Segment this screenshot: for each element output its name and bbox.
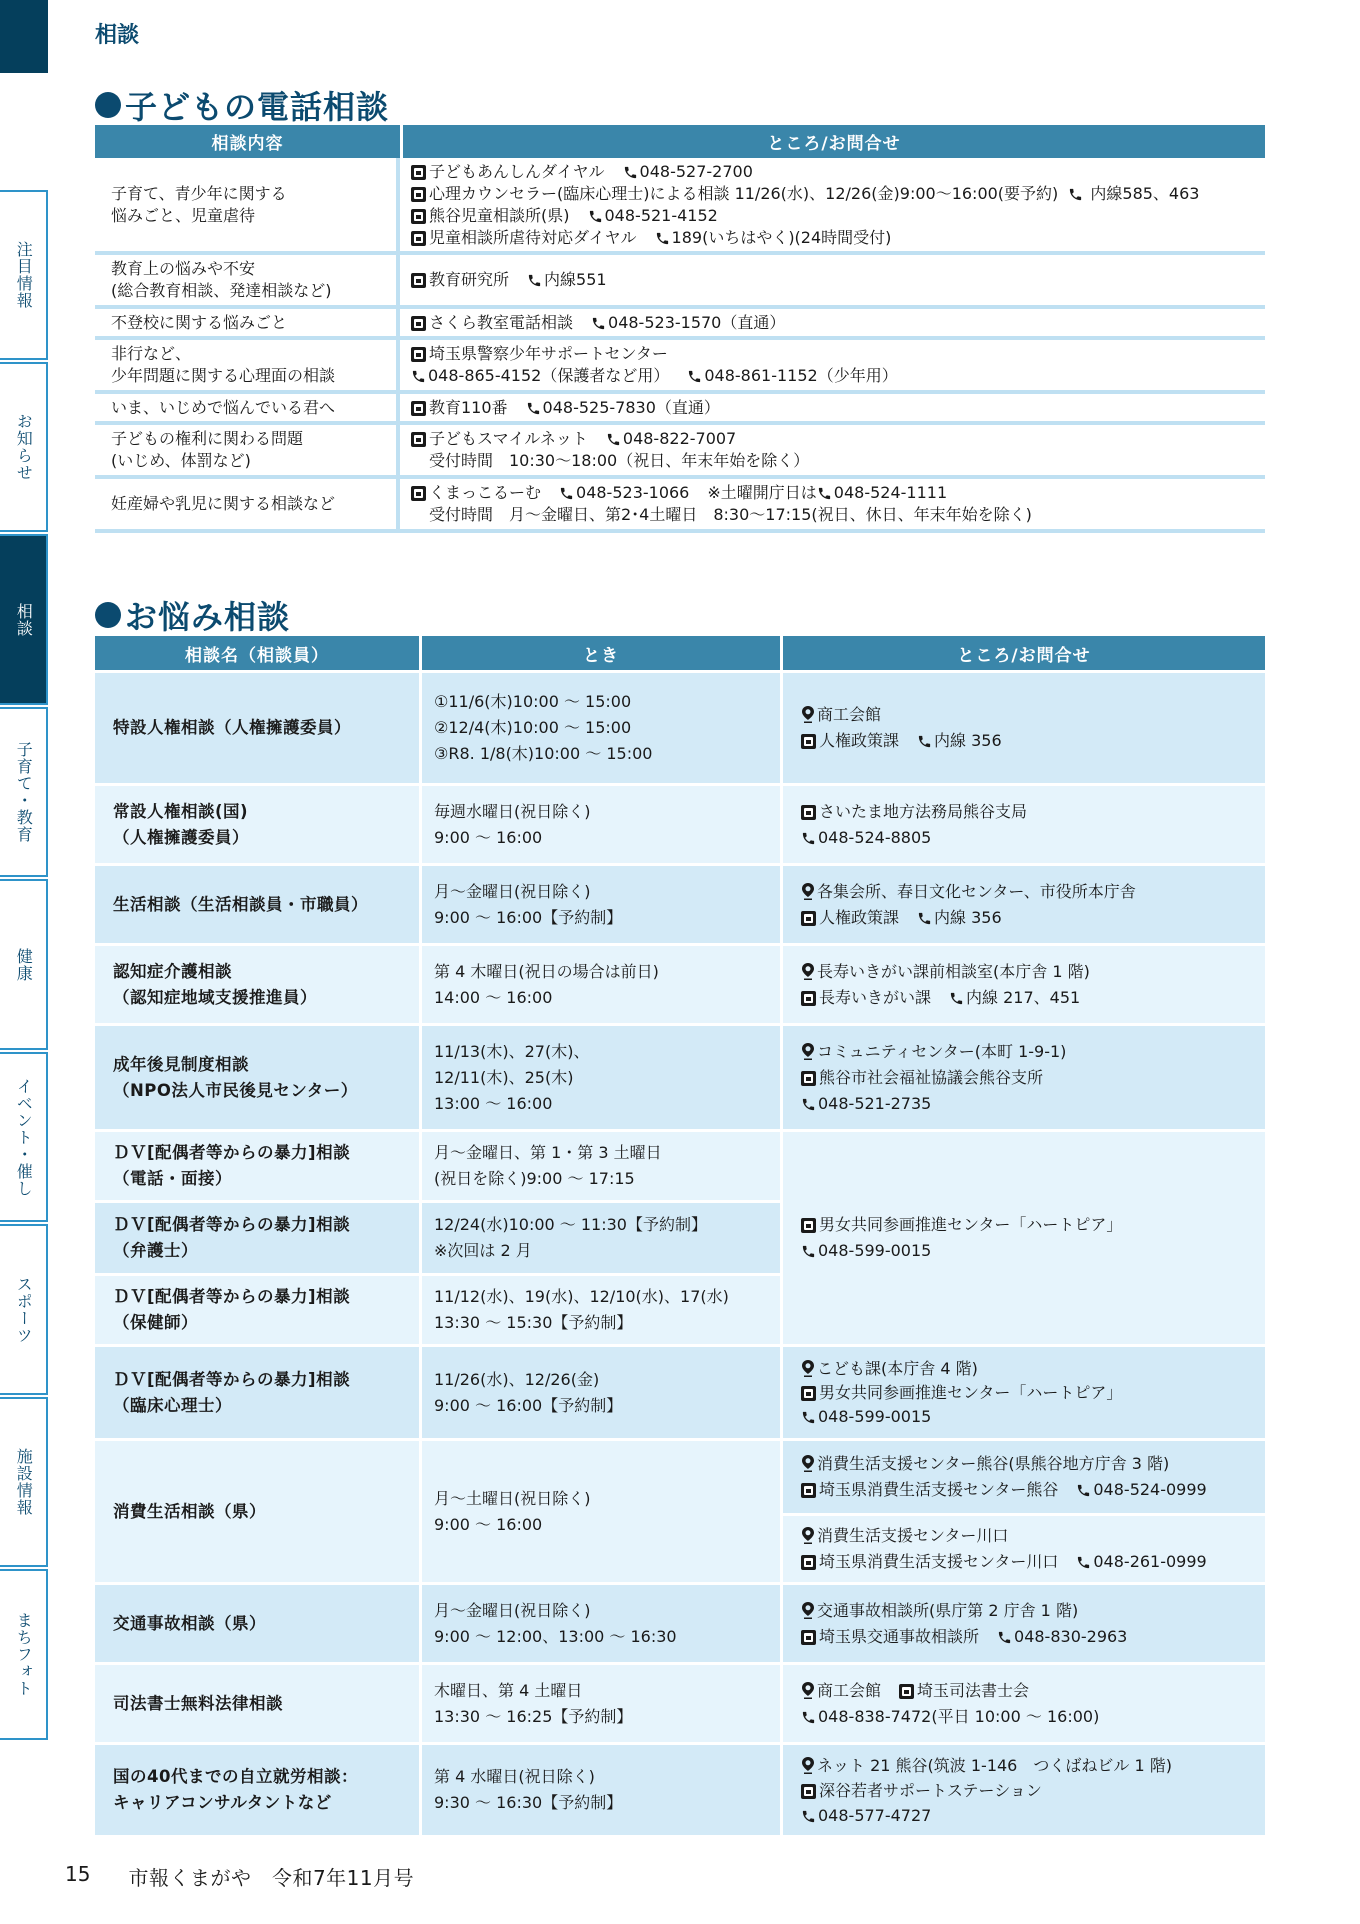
inquiry-icon [411, 209, 426, 224]
contact-info: さくら教室電話相談048-523-1570（直通） [399, 309, 1265, 336]
consultation-time: 11/13(木)、27(木)、12/11(木)、25(木)13:00 ～ 16:… [422, 1026, 780, 1129]
inquiry-icon [411, 347, 426, 362]
content-line: 非行など、 [111, 343, 380, 365]
map-pin-icon [801, 1757, 815, 1774]
consultation-name: ＤＶ[配偶者等からの暴力]相談（電話・面接） [95, 1132, 419, 1200]
consultation-time: ①11/6(木)10:00 ～ 15:00②12/4(木)10:00 ～ 15:… [422, 673, 780, 783]
section-title-text: お悩み相談 [125, 592, 290, 638]
content-line: 妊産婦や乳児に関する相談など [111, 493, 380, 515]
consultation-location: こども課(本庁舎 4 階) 男女共同参画推進センター「ハートピア」 048-59… [783, 1347, 1265, 1438]
inquiry-icon [411, 231, 426, 246]
map-pin-icon [801, 1455, 815, 1472]
inquiry-icon [411, 273, 426, 288]
table-row: 妊産婦や乳児に関する相談など くまっこるーむ048-523-1066※土曜開庁日… [95, 479, 1265, 533]
phone-number[interactable]: 048-838-7472(平日 10:00 ～ 16:00) [818, 1707, 1099, 1726]
phone-icon [917, 911, 932, 926]
column-header-content: 相談内容 [95, 125, 400, 158]
top-corner-block [0, 0, 48, 73]
sidebar-tab-events[interactable]: イベント・催し [0, 1052, 48, 1222]
contact-info: 子どもスマイルネット048-822-7007 受付時間 10:30～18:00（… [399, 425, 1265, 475]
inquiry-icon [801, 1784, 816, 1799]
phone-icon [606, 432, 621, 447]
consultation-content: 妊産婦や乳児に関する相談など [95, 479, 400, 529]
sidebar-tab-consultation[interactable]: 相談 [0, 534, 48, 705]
phone-number[interactable]: 内線 356 [934, 731, 1002, 750]
reception-hours: 受付時間 10:30～18:00（祝日、年末年始を除く） [411, 450, 1253, 472]
map-pin-icon [801, 706, 815, 723]
child-phone-consultation-table: 相談内容 ところ/お問合せ 子育て、青少年に関する 悩みごと、児童虐待 子どもあ… [95, 125, 1265, 533]
phone-icon [801, 1809, 816, 1824]
phone-icon [801, 831, 816, 846]
phone-icon [997, 1630, 1012, 1645]
phone-number[interactable]: 048-261-0999 [1093, 1552, 1206, 1571]
consultation-location: コミュニティセンター(本町 1-9-1) 熊谷市社会福祉協議会熊谷支所 048-… [783, 1026, 1265, 1129]
phone-icon [917, 734, 932, 749]
org-name: 心理カウンセラー(臨床心理士)による相談 11/26(水)、12/26(金)9:… [429, 184, 1058, 203]
org-name: 児童相談所虐待対応ダイヤル [429, 228, 637, 247]
inquiry-icon [801, 805, 816, 820]
consultation-name: 特設人権相談（人権擁護委員） [95, 673, 419, 783]
phone-icon [1076, 1555, 1091, 1570]
consultation-time: 11/12(水)、19(水)、12/10(水)、17(水)13:30 ～ 15:… [422, 1276, 780, 1344]
column-header-when: とき [422, 636, 780, 670]
consultation-location-dv-shared: 男女共同参画推進センター「ハートピア」 048-599-0015 [783, 1132, 1265, 1344]
org-name: くまっこるーむ [429, 483, 541, 502]
org-name: 熊谷児童相談所(県) [429, 206, 570, 225]
consultation-content: 子どもの権利に関わる問題 (いじめ、体罰など) [95, 425, 400, 475]
inquiry-icon [411, 401, 426, 416]
content-line: いま、いじめで悩んでいる君へ [111, 397, 380, 419]
inquiry-icon [411, 187, 426, 202]
phone-icon [949, 991, 964, 1006]
phone-number[interactable]: 内線551 [544, 270, 607, 289]
consultation-content: 教育上の悩みや不安 (総合教育相談、発達相談など) [95, 255, 400, 305]
table-row: 不登校に関する悩みごと さくら教室電話相談048-523-1570（直通） [95, 309, 1265, 340]
phone-number[interactable]: 048-524-1111 [834, 483, 947, 502]
consultation-location: さいたま地方法務局熊谷支局 048-524-8805 [783, 786, 1265, 863]
column-header-contact: ところ/お問合せ [403, 125, 1265, 158]
phone-icon [687, 369, 702, 384]
map-pin-icon [801, 1043, 815, 1060]
inquiry-icon [801, 1630, 816, 1645]
org-name: 埼玉県警察少年サポートセンター [429, 344, 668, 363]
org-name: 子どもあんしんダイヤル [429, 162, 605, 181]
sidebar-tab-facilities[interactable]: 施設情報 [0, 1397, 48, 1567]
phone-icon [801, 1097, 816, 1112]
consultation-time: 月～土曜日(祝日除く)9:00 ～ 16:00 [422, 1441, 780, 1582]
consultation-name: 消費生活相談（県） [95, 1441, 419, 1582]
phone-number[interactable]: 048-599-0015 [818, 1241, 931, 1260]
phone-icon [801, 1410, 816, 1425]
sidebar-tab-town-photo[interactable]: まちフォト [0, 1569, 48, 1740]
contact-info: 教育110番048-525-7830（直通） [399, 394, 1265, 421]
page-number: 15 [65, 1862, 90, 1891]
consultation-location: 交通事故相談所(県庁第 2 庁舎 1 階) 埼玉県交通事故相談所048-830-… [783, 1585, 1265, 1662]
table-row: 非行など、 少年問題に関する心理面の相談 埼玉県警察少年サポートセンター 048… [95, 340, 1265, 394]
sidebar-tab-sports[interactable]: スポーツ [0, 1224, 48, 1395]
phone-number[interactable]: 内線 217、451 [966, 988, 1080, 1007]
phone-icon [588, 209, 603, 224]
map-pin-icon [801, 1602, 815, 1619]
inquiry-icon [801, 1555, 816, 1570]
phone-icon [655, 231, 670, 246]
map-pin-icon [801, 1360, 815, 1377]
consultation-time: 12/24(水)10:00 ～ 11:30【予約制】※次回は 2 月 [422, 1203, 780, 1273]
column-header-name: 相談名（相談員） [95, 636, 419, 670]
content-line: (いじめ、体罰など) [111, 450, 380, 472]
consultation-name: 交通事故相談（県） [95, 1585, 419, 1662]
sidebar-tab-notices[interactable]: お知らせ [0, 362, 48, 532]
consultation-time: 第 4 水曜日(祝日除く)9:30 ～ 16:30【予約制】 [422, 1745, 780, 1835]
consultation-content: 子育て、青少年に関する 悩みごと、児童虐待 [95, 158, 400, 251]
phone-icon [527, 273, 542, 288]
consultation-time: 第 4 木曜日(祝日の場合は前日)14:00 ～ 16:00 [422, 946, 780, 1023]
section-title-text: 子どもの電話相談 [125, 82, 389, 128]
phone-number[interactable]: 048-521-4152 [605, 206, 718, 225]
inquiry-icon [801, 1386, 816, 1401]
consultation-name: 司法書士無料法律相談 [95, 1665, 419, 1742]
consultation-name: 成年後見制度相談（NPO法人市民後見センター） [95, 1026, 419, 1129]
phone-icon [801, 1244, 816, 1259]
phone-icon [559, 486, 574, 501]
org-name: 教育110番 [429, 398, 508, 417]
sidebar-tab-health[interactable]: 健康 [0, 879, 48, 1050]
consultation-time: 木曜日、第 4 土曜日13:30 ～ 16:25【予約制】 [422, 1665, 780, 1742]
section-title-worries: お悩み相談 [95, 592, 290, 638]
page-footer: 15 市報くまがや 令和7年11月号 [65, 1862, 414, 1891]
phone-icon [411, 369, 426, 384]
reception-hours: 受付時間 月～金曜日、第2･4土曜日 8:30～17:15(祝日、休日、年末年始… [411, 504, 1253, 526]
consultation-time: 月～金曜日(祝日除く)9:00 ～ 16:00【予約制】 [422, 866, 780, 943]
table-header: 相談名（相談員） とき ところ/お問合せ [95, 636, 1265, 670]
content-line: (総合教育相談、発達相談など) [111, 280, 380, 302]
consultation-content: いま、いじめで悩んでいる君へ [95, 394, 400, 421]
consultation-time: 月～金曜日(祝日除く)9:00 ～ 12:00、13:00 ～ 16:30 [422, 1585, 780, 1662]
consultation-content: 非行など、 少年問題に関する心理面の相談 [95, 340, 400, 390]
phone-number[interactable]: 048-525-7830（直通） [543, 398, 720, 417]
consultation-location: 長寿いきがい課前相談室(本庁舎 1 階) 長寿いきがい課内線 217、451 [783, 946, 1265, 1023]
phone-number[interactable]: 048-599-0015 [818, 1407, 931, 1426]
column-header-contact: ところ/お問合せ [783, 636, 1265, 670]
content-line: 少年問題に関する心理面の相談 [111, 365, 380, 387]
inquiry-icon [801, 991, 816, 1006]
publication-title: 市報くまがや 令和7年11月号 [128, 1862, 414, 1891]
consultation-name: ＤＶ[配偶者等からの暴力]相談（保健師） [95, 1276, 419, 1344]
phone-icon [817, 486, 832, 501]
phone-number[interactable]: 189(いちはやく)(24時間受付) [672, 228, 892, 247]
bullet-dot-icon [95, 602, 121, 628]
phone-number[interactable]: 048-521-2735 [818, 1094, 931, 1113]
phone-number[interactable]: 048-865-4152（保護者など用） [428, 366, 669, 385]
phone-number[interactable]: 内線 356 [934, 908, 1002, 927]
phone-icon [1076, 1483, 1091, 1498]
inquiry-icon [411, 486, 426, 501]
page-category-title: 相談 [95, 18, 139, 49]
phone-number[interactable]: 048-523-1066 [576, 483, 689, 502]
inquiry-icon [801, 1483, 816, 1498]
org-name: 子どもスマイルネット [429, 429, 588, 448]
inquiry-icon [801, 911, 816, 926]
inquiry-icon [411, 432, 426, 447]
org-name: さくら教室電話相談 [429, 313, 573, 332]
phone-number[interactable]: 内線585、463 [1085, 184, 1199, 203]
inquiry-icon [801, 1071, 816, 1086]
map-pin-icon [801, 963, 815, 980]
consultation-name: 常設人権相談(国)（人権擁護委員） [95, 786, 419, 863]
consultation-location: 商工会館埼玉司法書士会 048-838-7472(平日 10:00 ～ 16:0… [783, 1665, 1265, 1742]
phone-icon [801, 1710, 816, 1725]
contact-info: くまっこるーむ048-523-1066※土曜開庁日は048-524-1111 受… [399, 479, 1265, 529]
phone-icon [623, 165, 638, 180]
sidebar-tab-childcare-education[interactable]: 子育て・教育 [0, 707, 48, 877]
map-pin-icon [801, 883, 815, 900]
consultation-time: 11/26(水)、12/26(金)9:00 ～ 16:00【予約制】 [422, 1347, 780, 1438]
consultation-location: 商工会館 人権政策課内線 356 [783, 673, 1265, 783]
table-row: 子育て、青少年に関する 悩みごと、児童虐待 子どもあんしんダイヤル048-527… [95, 158, 1265, 255]
phone-number[interactable]: 048-577-4727 [818, 1806, 931, 1825]
phone-number[interactable]: 048-523-1570（直通） [608, 313, 785, 332]
phone-number[interactable]: 048-527-2700 [640, 162, 753, 181]
contact-info: 教育研究所内線551 [399, 255, 1265, 305]
consultation-location: 各集会所、春日文化センター、市役所本庁舎 人権政策課内線 356 [783, 866, 1265, 943]
consultation-name: ＤＶ[配偶者等からの暴力]相談（臨床心理士） [95, 1347, 419, 1438]
phone-number[interactable]: 048-861-1152（少年用） [704, 366, 897, 385]
contact-info: 埼玉県警察少年サポートセンター 048-865-4152（保護者など用）048-… [399, 340, 1265, 390]
table-row: いま、いじめで悩んでいる君へ 教育110番048-525-7830（直通） [95, 394, 1265, 425]
content-line: 子どもの権利に関わる問題 [111, 428, 380, 450]
consultation-time: 月～金曜日、第 1・第 3 土曜日(祝日を除く)9:00 ～ 17:15 [422, 1132, 780, 1200]
consultation-location: ネット 21 熊谷(筑波 1-146 つくばねビル 1 階) 深谷若者サポートス… [783, 1745, 1265, 1835]
consultation-name: 生活相談（生活相談員・市職員） [95, 866, 419, 943]
sidebar-tab-featured[interactable]: 注目情報 [0, 190, 48, 360]
consultation-location-kumagaya: 消費生活支援センター熊谷(県熊谷地方庁舎 3 階) 埼玉県消費生活支援センター熊… [783, 1441, 1265, 1513]
phone-number[interactable]: 048-524-8805 [818, 828, 931, 847]
phone-icon [591, 316, 606, 331]
consultation-time: 毎週水曜日(祝日除く)9:00 ～ 16:00 [422, 786, 780, 863]
content-line: 不登校に関する悩みごと [111, 312, 380, 334]
content-line: 悩みごと、児童虐待 [111, 205, 380, 227]
consultation-location-kawaguchi: 消費生活支援センター川口 埼玉県消費生活支援センター川口048-261-0999 [783, 1516, 1265, 1582]
table-row: 教育上の悩みや不安 (総合教育相談、発達相談など) 教育研究所内線551 [95, 255, 1265, 309]
phone-number[interactable]: 048-524-0999 [1093, 1480, 1206, 1499]
consultation-content: 不登校に関する悩みごと [95, 309, 400, 336]
contact-info: 子どもあんしんダイヤル048-527-2700 心理カウンセラー(臨床心理士)に… [399, 158, 1265, 251]
saturday-note: ※土曜開庁日は [707, 483, 816, 502]
phone-icon [526, 401, 541, 416]
content-line: 教育上の悩みや不安 [111, 258, 380, 280]
section-title-child-phone: 子どもの電話相談 [95, 82, 389, 128]
table-row: 子どもの権利に関わる問題 (いじめ、体罰など) 子どもスマイルネット048-82… [95, 425, 1265, 479]
map-pin-icon [801, 1682, 815, 1699]
map-pin-icon [801, 1527, 815, 1544]
inquiry-icon [801, 734, 816, 749]
inquiry-icon [411, 165, 426, 180]
consultation-name: 認知症介護相談（認知症地域支援推進員） [95, 946, 419, 1023]
phone-icon [1068, 187, 1083, 202]
consultation-name: 国の40代までの自立就労相談：キャリアコンサルタントなど [95, 1745, 419, 1835]
inquiry-icon [411, 316, 426, 331]
phone-number[interactable]: 048-822-7007 [623, 429, 736, 448]
inquiry-icon [899, 1684, 914, 1699]
worries-consultation-table: 相談名（相談員） とき ところ/お問合せ 特設人権相談（人権擁護委員） ①11/… [95, 636, 1265, 1835]
phone-number[interactable]: 048-830-2963 [1014, 1627, 1127, 1646]
inquiry-icon [801, 1218, 816, 1233]
bullet-dot-icon [95, 92, 121, 118]
consultation-name: ＤＶ[配偶者等からの暴力]相談（弁護士） [95, 1203, 419, 1273]
table-header: 相談内容 ところ/お問合せ [95, 125, 1265, 158]
org-name: 教育研究所 [429, 270, 509, 289]
content-line: 子育て、青少年に関する [111, 183, 380, 205]
